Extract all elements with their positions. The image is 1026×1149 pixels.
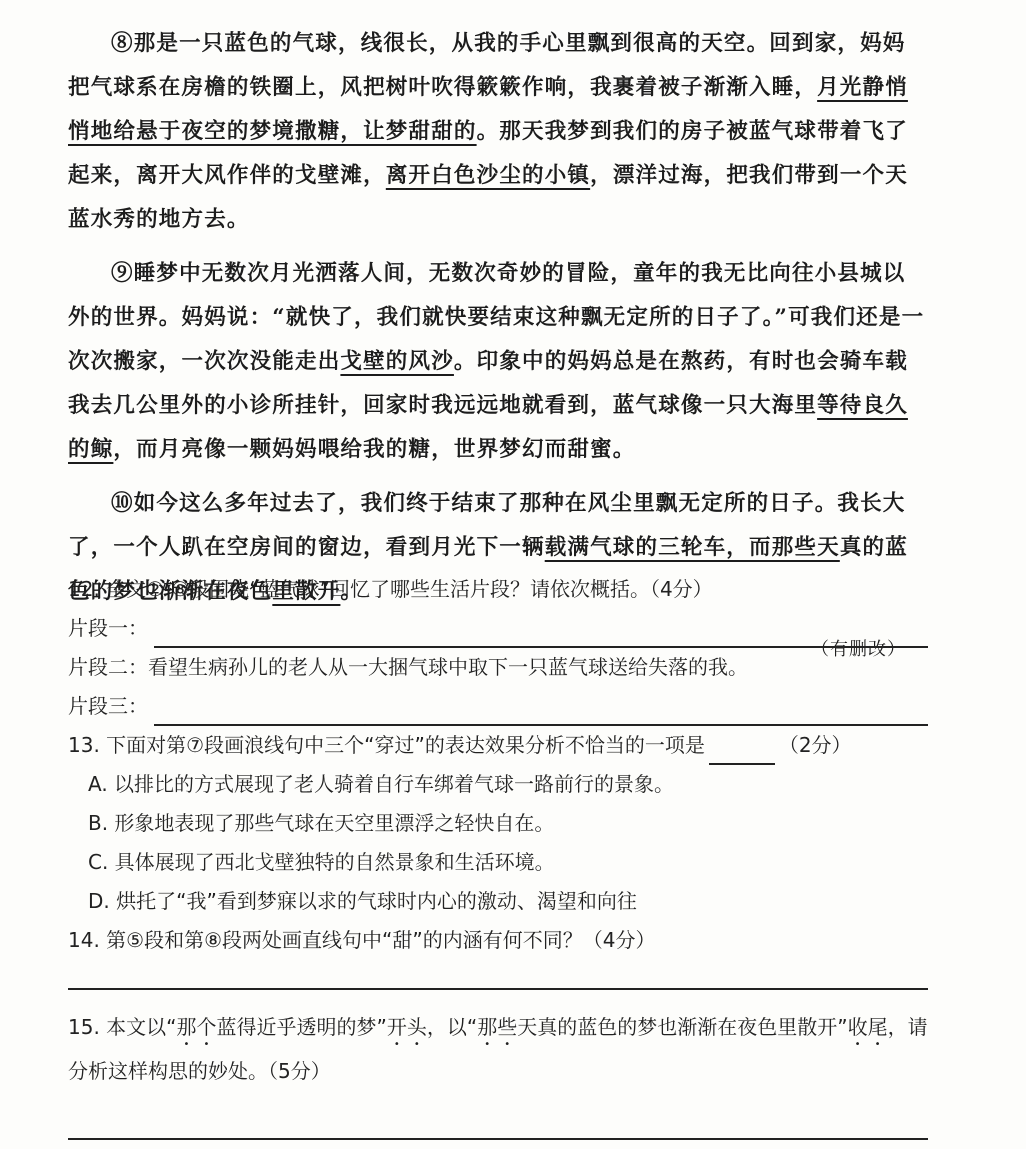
segment-1-label: 片段一：: [68, 609, 148, 648]
text: 天真的蓝色的梦也渐渐在夜色里散开”: [517, 1015, 847, 1039]
text: ⑧那是一只蓝色的气球，线很长，从我的手心里飘到很高的天空。回到家，妈妈把气球系在…: [68, 31, 906, 100]
segment-2-row: 片段二：看望生病孙儿的老人从一大捆气球中取下一只蓝气球送给失落的我。: [68, 648, 928, 687]
question-15-answer-line[interactable]: [68, 1136, 928, 1140]
segment-2-label: 片段二：: [68, 655, 148, 679]
segment-3-label: 片段三：: [68, 687, 148, 726]
question-14: 14. 第⑤段和第⑧段两处画直线句中“甜”的内涵有何不同？（4分）: [68, 921, 928, 960]
option-d: D. 烘托了“我”看到梦寐以求的气球时内心的激动、渴望和向往: [68, 882, 928, 921]
text: ，以“: [427, 1015, 477, 1039]
underlined-phrase: 戈壁的风沙: [340, 349, 454, 374]
option-c: C. 具体展现了西北戈壁独特的自然景象和生活环境。: [68, 843, 928, 882]
paragraph-8: ⑧那是一只蓝色的气球，线很长，从我的手心里飘到很高的天空。回到家，妈妈把气球系在…: [68, 22, 928, 242]
segment-3-answer-blank[interactable]: [154, 698, 928, 726]
segment-2-text: 看望生病孙儿的老人从一大捆气球中取下一只蓝气球送给失落的我。: [148, 655, 748, 679]
emphasis-dots: 开头: [387, 1015, 427, 1039]
segment-3-row: 片段三：: [68, 687, 928, 726]
questions-section: 12. 全文②-⑧段围绕“蓝气球”回忆了哪些生活片段？请依次概括。（4分） 片段…: [68, 570, 928, 1149]
text: ，而月亮像一颗妈妈喂给我的糖，世界梦幻而甜蜜。: [113, 437, 635, 462]
exam-page: ⑧那是一只蓝色的气球，线很长，从我的手心里飘到很高的天空。回到家，妈妈把气球系在…: [0, 0, 1026, 1149]
emphasis-dots: 那些: [477, 1015, 517, 1039]
question-13-score: （2分）: [779, 733, 852, 757]
underlined-phrase: 载满气球的三轮车，而那些天: [545, 535, 840, 560]
question-15: 15. 本文以“那个蓝得近乎透明的梦”开头，以“那些天真的蓝色的梦也渐渐在夜色里…: [68, 1006, 928, 1092]
question-12: 12. 全文②-⑧段围绕“蓝气球”回忆了哪些生活片段？请依次概括。（4分）: [68, 570, 928, 609]
option-a: A. 以排比的方式展现了老人骑着自行车绑着气球一路前行的景象。: [68, 765, 928, 804]
question-13-answer-blank[interactable]: [709, 739, 775, 765]
segment-1-row: 片段一：: [68, 609, 928, 648]
option-b: B. 形象地表现了那些气球在天空里漂浮之轻快自在。: [68, 804, 928, 843]
text: 15. 本文以“: [68, 1015, 177, 1039]
paragraph-9: ⑨睡梦中无数次月光洒落人间，无数次奇妙的冒险，童年的我无比向往小县城以外的世界。…: [68, 252, 928, 472]
underlined-phrase: 离开白色沙尘的小镇: [386, 163, 590, 188]
emphasis-dots: 收尾: [848, 1015, 888, 1039]
segment-1-answer-blank[interactable]: [154, 620, 928, 648]
question-14-answer-line[interactable]: [68, 986, 928, 990]
emphasis-dots: 那个: [177, 1015, 217, 1039]
question-13-text: 13. 下面对第⑦段画浪线句中三个“穿过”的表达效果分析不恰当的一项是: [68, 733, 705, 757]
question-13: 13. 下面对第⑦段画浪线句中三个“穿过”的表达效果分析不恰当的一项是（2分）: [68, 726, 928, 765]
text: 蓝得近乎透明的梦”: [217, 1015, 387, 1039]
